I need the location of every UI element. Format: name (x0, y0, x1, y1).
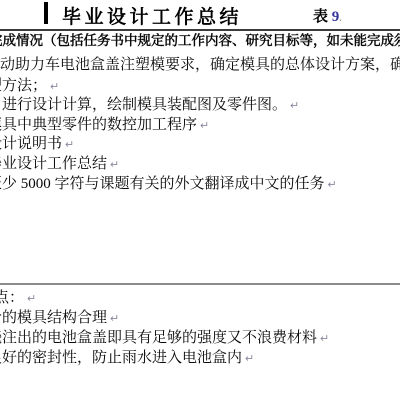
task-line: ．进行设计计算，绘制模具装配图及零件图。↵ (0, 97, 299, 114)
task-line: 电动助力车电池盒盖注塑模要求，确定模具的总体设计方案，确定成 (0, 57, 400, 74)
paragraph-mark-icon: ↵ (200, 120, 209, 132)
task-line: 至少 5000 字符与课题有关的外文翻译成中文的任务↵ (0, 176, 337, 193)
paragraph-mark-icon: ↵ (110, 313, 119, 325)
table-caption: 表 9. (313, 5, 342, 26)
document-page: 毕业设计工作总结 表 9. 完成情况（包括任务书中规定的工作内容、研究目标等，如… (0, 0, 400, 400)
paragraph-mark-icon: ↵ (27, 293, 36, 305)
task-line: 模具中典型零件的数控加工程序↵ (0, 117, 209, 134)
table-row-border (0, 283, 400, 285)
features-heading-line: 特点：↵ (0, 290, 36, 307)
paragraph-mark-icon: ↵ (65, 139, 74, 151)
paragraph-mark-icon: ↵ (320, 333, 329, 345)
feature-line: 浇注出的电池盒盖即具有足够的强度又不浪费材料↵ (0, 330, 329, 347)
page-title: 毕业设计工作总结 (62, 2, 242, 29)
paragraph-mark-icon: ↵ (245, 353, 254, 365)
paragraph-mark-icon: ↵ (110, 159, 119, 171)
completion-header-line: 完成情况（包括任务书中规定的工作内容、研究目标等，如未能完成须说明原因） (0, 33, 400, 49)
paragraph-mark-icon: ↵ (290, 100, 299, 112)
task-line: 毕业设计工作总结↵ (0, 156, 119, 173)
title-left-bar (44, 2, 48, 24)
feature-line: 良好的密封性，防止雨水进入电池盒内↵ (0, 350, 254, 367)
task-line: 设计说明书↵ (0, 136, 74, 153)
table-caption-label: 表 (313, 9, 328, 25)
feature-line: 设计的模具结构合理↵ (0, 310, 119, 327)
paragraph-mark-icon: ↵ (50, 81, 59, 93)
paragraph-mark-icon: ↵ (328, 179, 337, 191)
table-top-border (0, 29, 400, 31)
task-line: 成型方法；↵ (0, 78, 59, 95)
table-number-dot: . (339, 13, 341, 23)
